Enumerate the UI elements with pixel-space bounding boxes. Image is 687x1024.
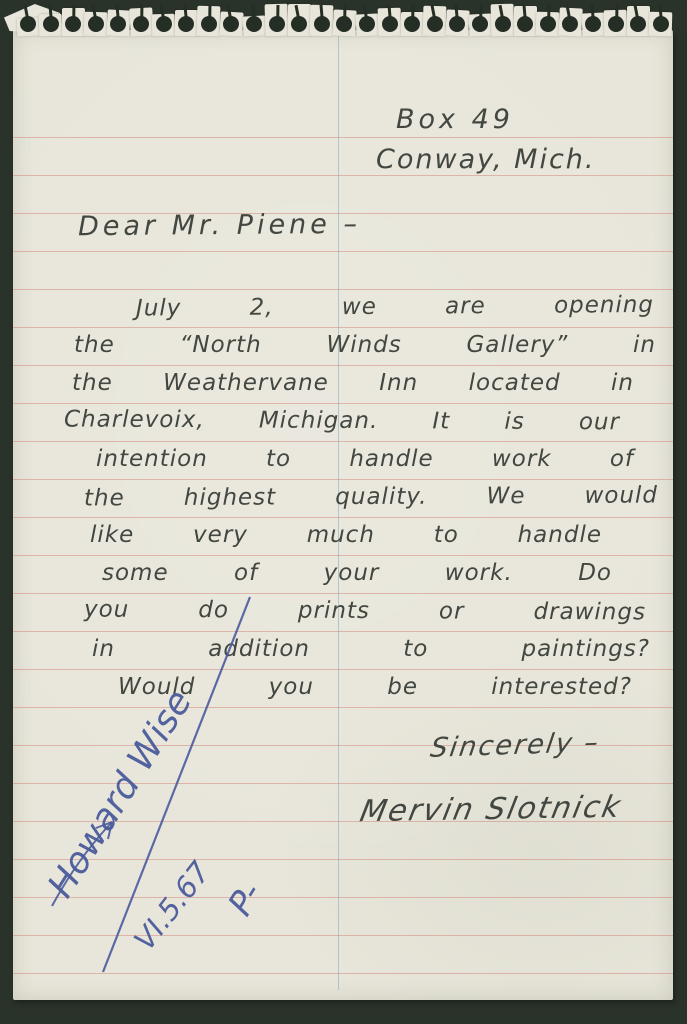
return-address: Box 49 Conway, Mich. — [376, 100, 596, 180]
punch-hole — [585, 16, 601, 32]
body-line: some of your work. Do — [62, 554, 660, 592]
closing: Sincerely – — [428, 727, 602, 764]
body-line: in addition to paintings? — [62, 630, 660, 668]
notepad-page: Box 49 Conway, Mich. Dear Mr. Piene – Ju… — [13, 30, 673, 1000]
body-line: July 2, we are opening — [62, 286, 660, 328]
punch-hole — [382, 16, 398, 32]
punch-hole — [517, 16, 533, 32]
torn-edge — [0, 0, 687, 36]
punch-hole — [43, 16, 59, 32]
body-line: the “North Winds Gallery” in — [62, 326, 660, 364]
body-line: you do prints or drawings — [62, 590, 660, 631]
punch-hole — [178, 16, 194, 32]
signature: Mervin Slotnick — [357, 790, 625, 830]
body-line: the Weathervane Inn located in — [62, 364, 660, 402]
body-line: intention to handle work of — [62, 440, 660, 478]
punch-hole — [110, 16, 126, 32]
punch-hole — [314, 16, 330, 32]
body-line: like very much to handle — [62, 516, 660, 554]
scanned-letter: Box 49 Conway, Mich. Dear Mr. Piene – Ju… — [0, 0, 687, 1024]
address-line-2: Conway, Mich. — [376, 140, 596, 180]
letter-body: July 2, we are opening the “North Winds … — [62, 288, 660, 706]
body-line: Would you be interested? — [62, 668, 660, 706]
punch-hole — [653, 16, 669, 32]
body-line: Charlevoix, Michigan. It is our — [62, 400, 660, 441]
punch-hole — [449, 16, 465, 32]
punch-hole — [246, 16, 262, 32]
body-line: the highest quality. We would — [62, 476, 660, 517]
address-line-1: Box 49 — [396, 100, 596, 140]
salutation: Dear Mr. Piene – — [78, 209, 361, 242]
